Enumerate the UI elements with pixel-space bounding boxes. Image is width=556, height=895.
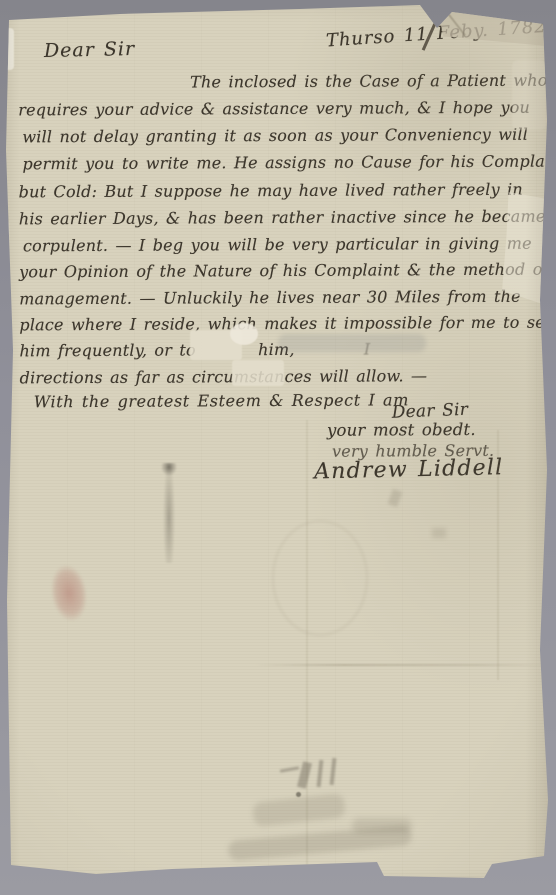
body-line: management. — Unluckily he lives near 30… (19, 287, 521, 309)
manuscript-scan: Thurso 11 Feby. 1782 Dear Sir The inclos… (0, 0, 556, 895)
damaged-line-fragment: him, (258, 340, 295, 359)
damaged-line-fragment: I (364, 340, 371, 359)
body-line: requires your advice & assistance very m… (18, 98, 530, 120)
body-line: corpulent. — I beg you will be very part… (23, 234, 532, 256)
damaged-line-fragment: him frequently, or to (19, 340, 195, 360)
body-line: will not delay granting it as soon as yo… (22, 125, 528, 147)
body-line: but Cold: But I suppose he may have live… (19, 180, 523, 202)
body-line: your Opinion of the Nature of his Compla… (19, 260, 549, 282)
dateline: Thurso 11 Feby. 1782 (325, 16, 547, 52)
body-line: directions as far as circumstances will … (20, 366, 428, 387)
body-line: place where I reside, which makes it imp… (19, 313, 554, 335)
edge-chip (0, 222, 9, 294)
handwriting-layer: Thurso 11 Feby. 1782 Dear Sir The inclos… (0, 0, 556, 895)
body-line: his earlier Days, & has been rather inac… (19, 207, 546, 229)
salutation: Dear Sir (44, 38, 136, 62)
letter-page: Thurso 11 Feby. 1782 Dear Sir The inclos… (0, 0, 556, 895)
body-line: permit you to write me. He assigns no Ca… (22, 151, 556, 173)
body-line: The inclosed is the Case of a Patient wh… (190, 71, 548, 92)
closing-line: With the greatest Esteem & Respect I am (34, 390, 409, 411)
damaged-body-line: him frequently, or to him, I (19, 340, 370, 361)
signature: Andrew Liddell (314, 455, 504, 484)
signoff-line: your most obedt. (327, 420, 476, 440)
